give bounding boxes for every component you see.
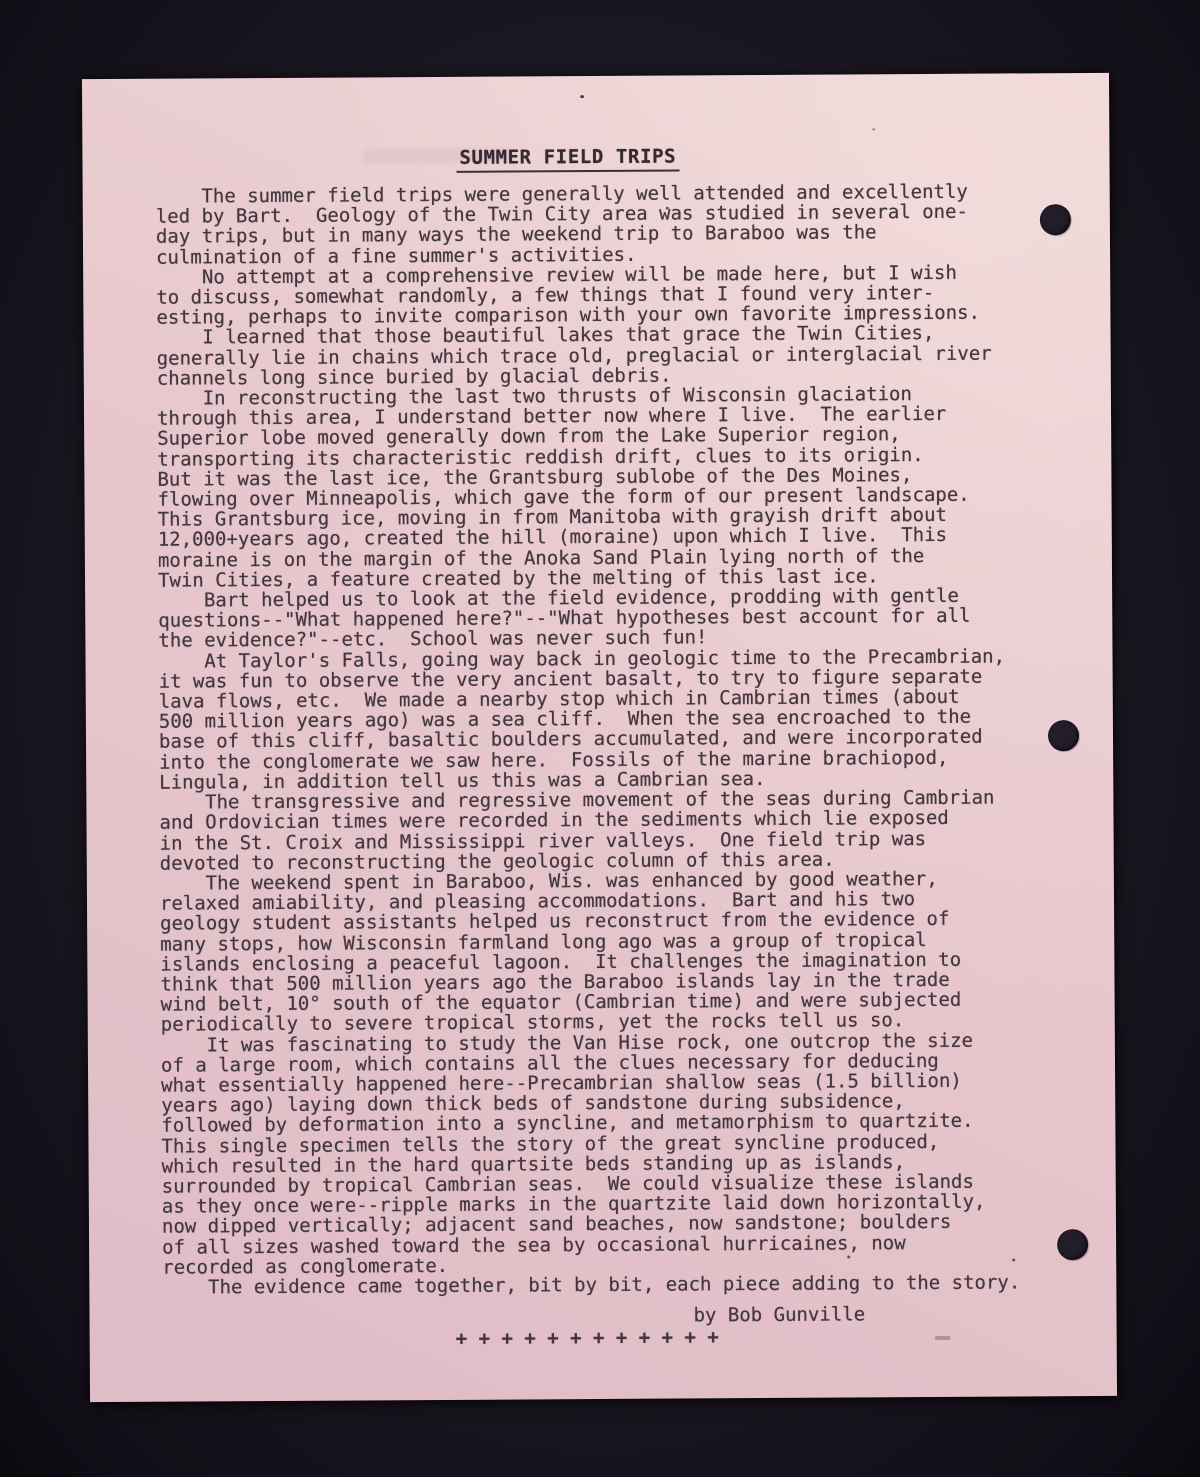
paper-speck [935,1336,951,1340]
byline: by Bob Gunville [693,1303,865,1326]
scanner-background: SUMMER FIELD TRIPS The summer field trip… [0,0,1200,1477]
paper-speck [1012,1258,1015,1261]
body-text: The summer field trips were generally we… [156,181,1021,1297]
paper-speck [666,207,669,210]
document-page: SUMMER FIELD TRIPS The summer field trip… [82,73,1117,1402]
document-title: SUMMER FIELD TRIPS [456,146,679,173]
punch-hole-middle [1048,720,1079,751]
paper-speck [872,128,875,130]
punch-hole-bottom [1057,1229,1088,1260]
punch-hole-top [1040,204,1071,235]
plus-divider: + + + + + + + + + + + + [456,1326,719,1350]
paper-speck [580,95,584,98]
paper-speck [847,1255,850,1258]
